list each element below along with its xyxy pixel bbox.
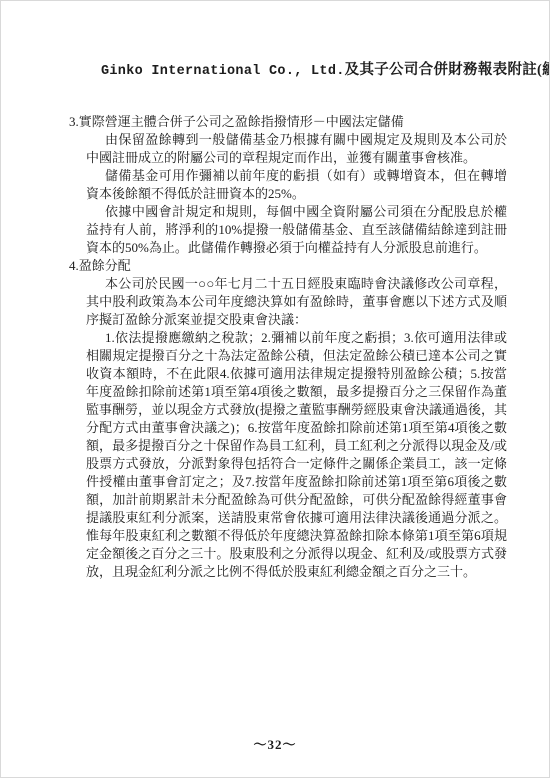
section-4-paragraph-1: 本公司於民國一○○年七月二十五日經股東臨時會決議修改公司章程，其中股利政策為本公… (86, 275, 507, 329)
section-3-paragraph-3: 依據中國會計規定和規則，每個中國全資附屬公司須在分配股息於權益持有人前，將淨利的… (86, 203, 507, 257)
section-4-paragraph-2: 1.依法提撥應繳納之稅款；2.彌補以前年度之虧損；3.依可適用法律或相關規定提撥… (86, 329, 507, 581)
section-retained-earnings-china-reserve: 3.實際營運主體合併子公司之盈餘指撥情形－中國法定儲備 由保留盈餘轉到一般儲備基… (69, 113, 507, 257)
document-body: 3.實際營運主體合併子公司之盈餘指撥情形－中國法定儲備 由保留盈餘轉到一般儲備基… (69, 113, 507, 581)
section-3-paragraph-2: 儲備基金可用作彌補以前年度的虧損（如有）或轉增資本，但在轉增資本後餘額不得低於註… (86, 167, 507, 203)
section-3-paragraph-1: 由保留盈餘轉到一般儲備基金乃根據有關中國規定及規則及本公司於中國註冊成立的附屬公… (86, 131, 507, 167)
page-title: Ginko International Co., Ltd.及其子公司合併財務報表… (101, 58, 509, 79)
section-3-heading: 3.實際營運主體合併子公司之盈餘指撥情形－中國法定儲備 (69, 113, 507, 131)
page-number: ～32～ (1, 734, 549, 753)
section-4-heading: 4.盈餘分配 (69, 257, 507, 275)
document-page: Ginko International Co., Ltd.及其子公司合併財務報表… (0, 0, 550, 778)
section-earnings-distribution: 4.盈餘分配 本公司於民國一○○年七月二十五日經股東臨時會決議修改公司章程，其中… (69, 257, 507, 581)
page-title-english: Ginko International Co., Ltd. (101, 64, 345, 79)
page-title-chinese: 及其子公司合併財務報表附註(續) (345, 62, 550, 78)
